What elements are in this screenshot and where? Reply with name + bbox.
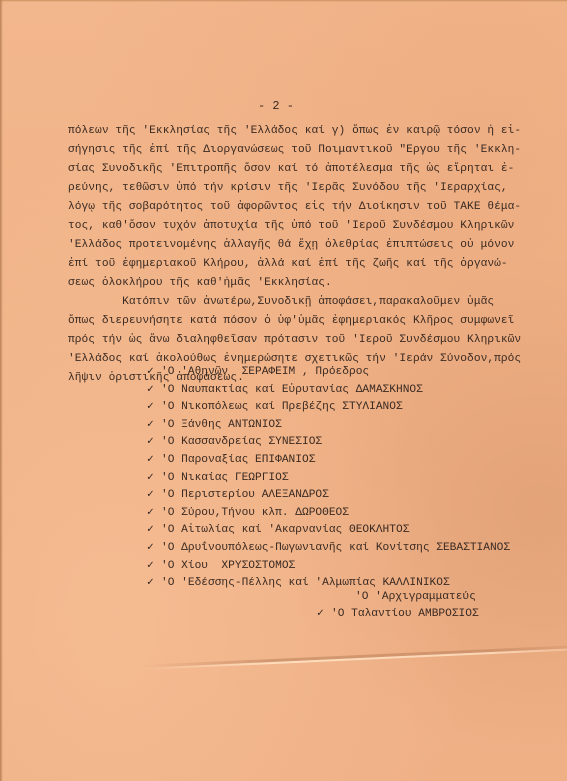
secretary-title: 'Ο 'Αρχιγραμματεύς xyxy=(355,591,476,603)
signatory-name: 'Ο Κασσανδρείας ΣΥΝΕΣΙΟΣ xyxy=(161,436,322,448)
text-line: 'Ελλάδος προτεινομένης ἀλλαγῆς θά ἔχῃ ὀλ… xyxy=(68,236,514,255)
signatory-item: ✓'Ο 'Εδέσσης-Πέλλης καί 'Αλμωπίας ΚΑΛΛΙΝ… xyxy=(147,575,450,589)
signatory-name: 'Ο Περιστερίου ΑΛΕΞΑΝΔΡΟΣ xyxy=(161,489,329,501)
text-line: πρός τήν ὡς ἄνω διαληφθεῖσαν πρότασιν το… xyxy=(68,331,521,350)
check-mark-icon: ✓ xyxy=(147,522,161,536)
secretary-name: 'Ο Ταλαντίου ΑΜΒΡΟΣΙΟΣ xyxy=(331,608,479,620)
text-line: λόγῳ τῆς σοβαρότητος τοῦ ἀφορῶντος εἰς τ… xyxy=(68,198,521,217)
check-mark-icon: ✓ xyxy=(147,417,161,431)
signatory-name: 'Ο Αἰτωλίας καί 'Ακαρνανίας ΘΕΟΚΛΗΤΟΣ xyxy=(161,524,409,536)
signatory-name: 'Ο Χίου ΧΡΥΣΟΣΤΟΜΟΣ xyxy=(161,560,295,572)
paper-fold-crease xyxy=(140,648,567,670)
signatory-item: ✓'Ο Σύρου,Τήνου κλπ. ΔΩΡΟΘΕΟΣ xyxy=(147,505,349,519)
check-mark-icon: ✓ xyxy=(147,558,161,572)
check-mark-icon: ✓ xyxy=(147,575,161,589)
check-mark-icon: ✓ xyxy=(147,540,161,554)
page-number: - 2 - xyxy=(258,99,294,113)
signatory-item: ✓'Ο 'Αθηνῶν ΣΕΡΑΦΕΙΜ , Πρόεδρος xyxy=(147,364,369,378)
signatory-item: ✓'Ο Δρυΐνουπόλεως-Πωγωνιανῆς καί Κονίτση… xyxy=(147,540,510,554)
signatory-item: ✓'Ο Χίου ΧΡΥΣΟΣΤΟΜΟΣ xyxy=(147,558,295,572)
check-mark-icon: ✓ xyxy=(147,382,161,396)
text-line: ἐπί τοῦ ἐφημεριακοῦ Κλήρου, ἀλλά καί ἐπί… xyxy=(68,255,508,274)
text-line: σεως ὁλοκλήρου τῆς καθ'ἡμᾶς 'Εκκλησίας. xyxy=(68,274,332,293)
text-line: ὅπως διερευνήσητε κατά πόσον ὁ ὑφ'ὑμᾶς ἐ… xyxy=(68,312,514,331)
signatory-name: 'Ο Ναυπακτίας καί Εὐρυτανίας ΔΑΜΑΣΚΗΝΟΣ xyxy=(161,384,423,396)
text-line: σίας Συνοδικῆς 'Επιτροπῆς ὅσον καί τό ἀπ… xyxy=(68,160,514,179)
document-page: - 2 - πόλεων τῆς 'Εκκλησίας τῆς 'Ελλάδος… xyxy=(0,0,567,781)
signatory-item: ✓'Ο Αἰτωλίας καί 'Ακαρνανίας ΘΕΟΚΛΗΤΟΣ xyxy=(147,522,409,536)
check-mark-icon: ✓ xyxy=(147,399,161,413)
paper-top-edge xyxy=(0,0,567,2)
secretary-signature: ✓'Ο Ταλαντίου ΑΜΒΡΟΣΙΟΣ xyxy=(317,606,479,620)
check-mark-icon: ✓ xyxy=(147,452,161,466)
signatory-item: ✓'Ο Κασσανδρείας ΣΥΝΕΣΙΟΣ xyxy=(147,434,322,448)
check-mark-icon: ✓ xyxy=(147,364,161,378)
paper-left-edge xyxy=(0,0,3,781)
check-mark-icon: ✓ xyxy=(147,487,161,501)
check-mark-icon: ✓ xyxy=(147,505,161,519)
signatory-name: 'Ο 'Αθηνῶν ΣΕΡΑΦΕΙΜ , Πρόεδρος xyxy=(161,366,369,378)
signatory-item: ✓'Ο Ξάνθης ΑΝΤΩΝΙΟΣ xyxy=(147,417,282,431)
signatory-item: ✓'Ο Νικαίας ΓΕΩΡΓΙΟΣ xyxy=(147,470,289,484)
signatory-name: 'Ο Νικοπόλεως καί Πρεβέζης ΣΤΥΛΙΑΝΟΣ xyxy=(161,401,403,413)
signatory-item: ✓'Ο Παροναξίας ΕΠΙΦΑΝΙΟΣ xyxy=(147,452,315,466)
signatory-name: 'Ο Σύρου,Τήνου κλπ. ΔΩΡΟΘΕΟΣ xyxy=(161,507,349,519)
text-line: πόλεων τῆς 'Εκκλησίας τῆς 'Ελλάδος καί γ… xyxy=(68,122,521,141)
signatory-item: ✓'Ο Νικοπόλεως καί Πρεβέζης ΣΤΥΛΙΑΝΟΣ xyxy=(147,399,403,413)
text-line: Κατόπιν τῶν ἀνωτέρω,Συνοδικῇ ἀποφάσει,πα… xyxy=(68,293,494,312)
check-mark-icon: ✓ xyxy=(147,434,161,448)
text-line: τος, καθ'ὅσον τυχόν ἀποτυχία τῆς ὑπό τοῦ… xyxy=(68,217,514,236)
signatory-name: 'Ο Δρυΐνουπόλεως-Πωγωνιανῆς καί Κονίτσης… xyxy=(161,542,510,554)
signatory-name: 'Ο Παροναξίας ΕΠΙΦΑΝΙΟΣ xyxy=(161,454,315,466)
signatory-name: 'Ο Ξάνθης ΑΝΤΩΝΙΟΣ xyxy=(161,419,282,431)
check-mark-icon: ✓ xyxy=(317,606,331,620)
text-line: σήγησις τῆς ἐπί τῆς Διοργανώσεως τοῦ Ποι… xyxy=(68,141,521,160)
signatory-name: 'Ο 'Εδέσσης-Πέλλης καί 'Αλμωπίας ΚΑΛΛΙΝΙ… xyxy=(161,577,450,589)
signatory-name: 'Ο Νικαίας ΓΕΩΡΓΙΟΣ xyxy=(161,472,289,484)
signatory-item: ✓'Ο Ναυπακτίας καί Εὐρυτανίας ΔΑΜΑΣΚΗΝΟΣ xyxy=(147,382,423,396)
text-line: ρεύνης, τεθῶσιν ὑπό τήν κρίσιν τῆς 'Ιερᾶ… xyxy=(68,179,508,198)
check-mark-icon: ✓ xyxy=(147,470,161,484)
signatory-item: ✓'Ο Περιστερίου ΑΛΕΞΑΝΔΡΟΣ xyxy=(147,487,329,501)
